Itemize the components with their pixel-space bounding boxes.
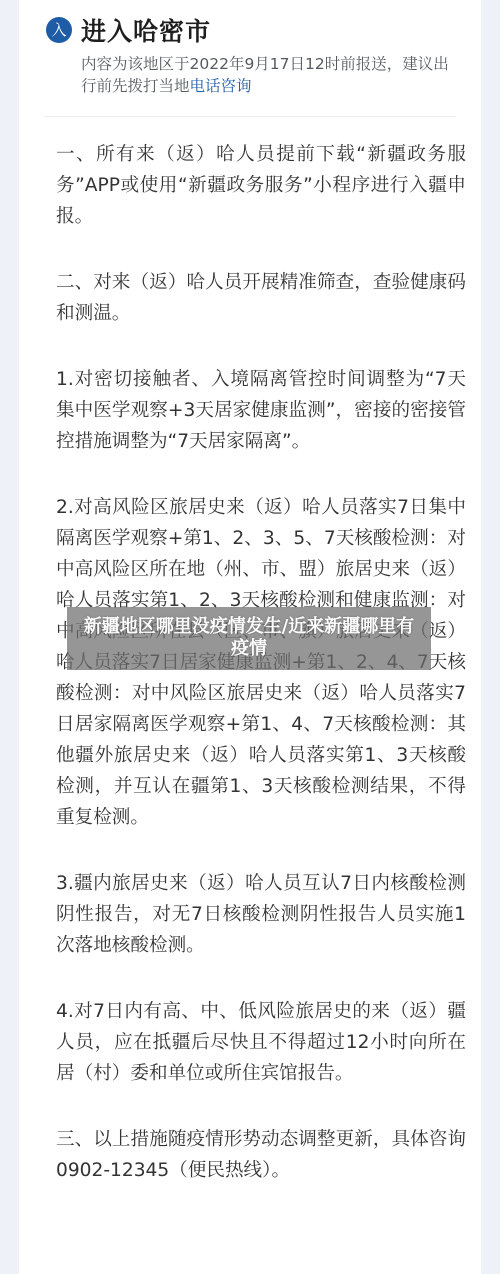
paragraph-1: 一、所有来（返）哈人员提前下载“新疆政务服务”APP或使用“新疆政务服务”小程序… [56,139,466,232]
paragraph-6: 4.对7日内有高、中、低风险旅居史的来（返）疆人员，应在抵疆后尽快且不得超过12… [56,996,466,1089]
phone-consult-link[interactable]: 电话咨询 [190,77,252,95]
title-row: 入 进入哈密市 [46,14,461,46]
report-notice: 内容为该地区于2022年9月17日12时前报送，建议出行前先拨打当地电话咨询 [81,53,461,97]
overlay-title: 新疆地区哪里没疫情发生/近来新疆哪里有疫情 [84,616,415,659]
paragraph-2: 二、对来（返）哈人员开展精准筛查，查验健康码和测温。 [56,267,466,329]
page-title: 进入哈密市 [81,12,211,48]
paragraph-3: 1.对密切接触者、入境隔离管控时间调整为“7天集中医学观察+3天居家健康监测”，… [56,364,466,457]
notice-text: 内容为该地区于2022年9月17日12时前报送，建议出行前先拨打当地 [81,55,449,95]
divider [44,116,456,117]
page: 入 进入哈密市 内容为该地区于2022年9月17日12时前报送，建议出行前先拨打… [0,0,500,1274]
header: 入 进入哈密市 内容为该地区于2022年9月17日12时前报送，建议出行前先拨打… [46,14,461,97]
enter-city-icon: 入 [46,17,72,43]
paragraph-7: 三、以上措施随疫情形势动态调整更新，具体咨询0902-12345（便民热线）。 [56,1124,466,1186]
policy-body: 一、所有来（返）哈人员提前下载“新疆政务服务”APP或使用“新疆政务服务”小程序… [56,139,466,1221]
paragraph-5: 3.疆内旅居史来（返）哈人员互认7日内核酸检测阴性报告，对无7日核酸检测阴性报告… [56,868,466,961]
article-title-overlay: 新疆地区哪里没疫情发生/近来新疆哪里有疫情 [67,607,431,670]
